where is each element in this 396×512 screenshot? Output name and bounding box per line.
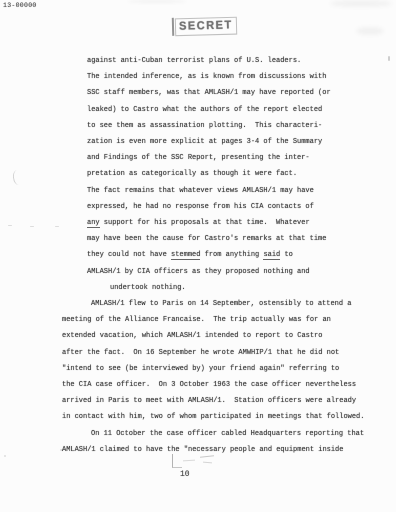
stamp-corner-mark [172,454,182,468]
document-number: 13-00000 [3,2,37,9]
paragraph-line: meeting of the Alliance Francaise. The t… [0,312,396,328]
quote-line: expressed, he had no response from his C… [0,199,396,215]
scan-speck [388,56,390,61]
scan-speck [8,225,12,226]
quote-line: may have been the cause for Castro's rem… [0,231,396,247]
quote-line: they could not have stemmed from anythin… [0,247,396,263]
underlined-word: any [87,219,100,228]
document-text: against anti-Cuban terrorist plans of U.… [0,53,396,458]
page-number: 10 [180,470,190,479]
quote-line: AMLASH/1 by CIA officers as they propose… [0,264,396,280]
quote-line: The fact remains that whatever views AML… [0,183,396,199]
stamp-dash-mark [200,455,214,457]
quote-line: and Findings of the SSC Report, presenti… [0,150,396,166]
quote-line: any support for his proposals at that ti… [0,215,396,231]
paragraph-line: "intend to see (be interviewed by) your … [0,361,396,377]
underlined-word: said [263,251,280,260]
paragraph-line: in contact with him, two of whom partici… [0,409,396,425]
scan-speck [30,226,34,227]
scanned-document-page: 13-00000 SECRET against anti-Cuban terro… [0,0,396,512]
quote-line: to see them as assassination plotting. T… [0,118,396,134]
quote-line: pretation as categorically as though it … [0,166,396,182]
scan-smudge [128,0,186,3]
stamp-dash-mark [203,462,212,464]
scan-smudge [356,27,384,35]
secret-stamp-text: SECRET [175,16,237,35]
paragraph-line: after the fact. On 16 September he wrote… [0,345,396,361]
scan-smudge [330,0,392,7]
quote-line: leaked) to Castro what the authors of th… [0,102,396,118]
stamp-dash-mark [183,460,195,462]
paragraph-line: extended vacation, which AMLASH/1 intend… [0,328,396,344]
line-text: they could not have [87,251,171,259]
paragraph-line: AMLASH/1 flew to Paris on 14 September, … [0,296,396,312]
line-text: from anything [200,251,263,259]
quote-line: zation is even more explicit at pages 3-… [0,134,396,150]
line-text: support for his proposals at that time. … [100,219,310,227]
paragraph-line: On 11 October the case officer cabled He… [0,426,396,442]
quote-line: SSC staff members, was that AMLASH/1 may… [0,85,396,101]
quote-line: against anti-Cuban terrorist plans of U.… [0,53,396,69]
underlined-word: stemmed [171,251,200,260]
scan-speck [4,455,6,457]
quote-line: The intended inference, as is known from… [0,69,396,85]
quote-line: undertook nothing. [0,280,396,296]
paragraph-line: the CIA case officer. On 3 October 1963 … [0,377,396,393]
paragraph-line: arrived in Paris to meet with AMLASH/1. … [0,393,396,409]
faded-stamp-remnant [170,452,225,472]
scan-speck [55,226,59,227]
scan-speck [60,449,63,451]
secret-classification-stamp: SECRET [172,16,237,36]
line-text: to [280,251,293,259]
